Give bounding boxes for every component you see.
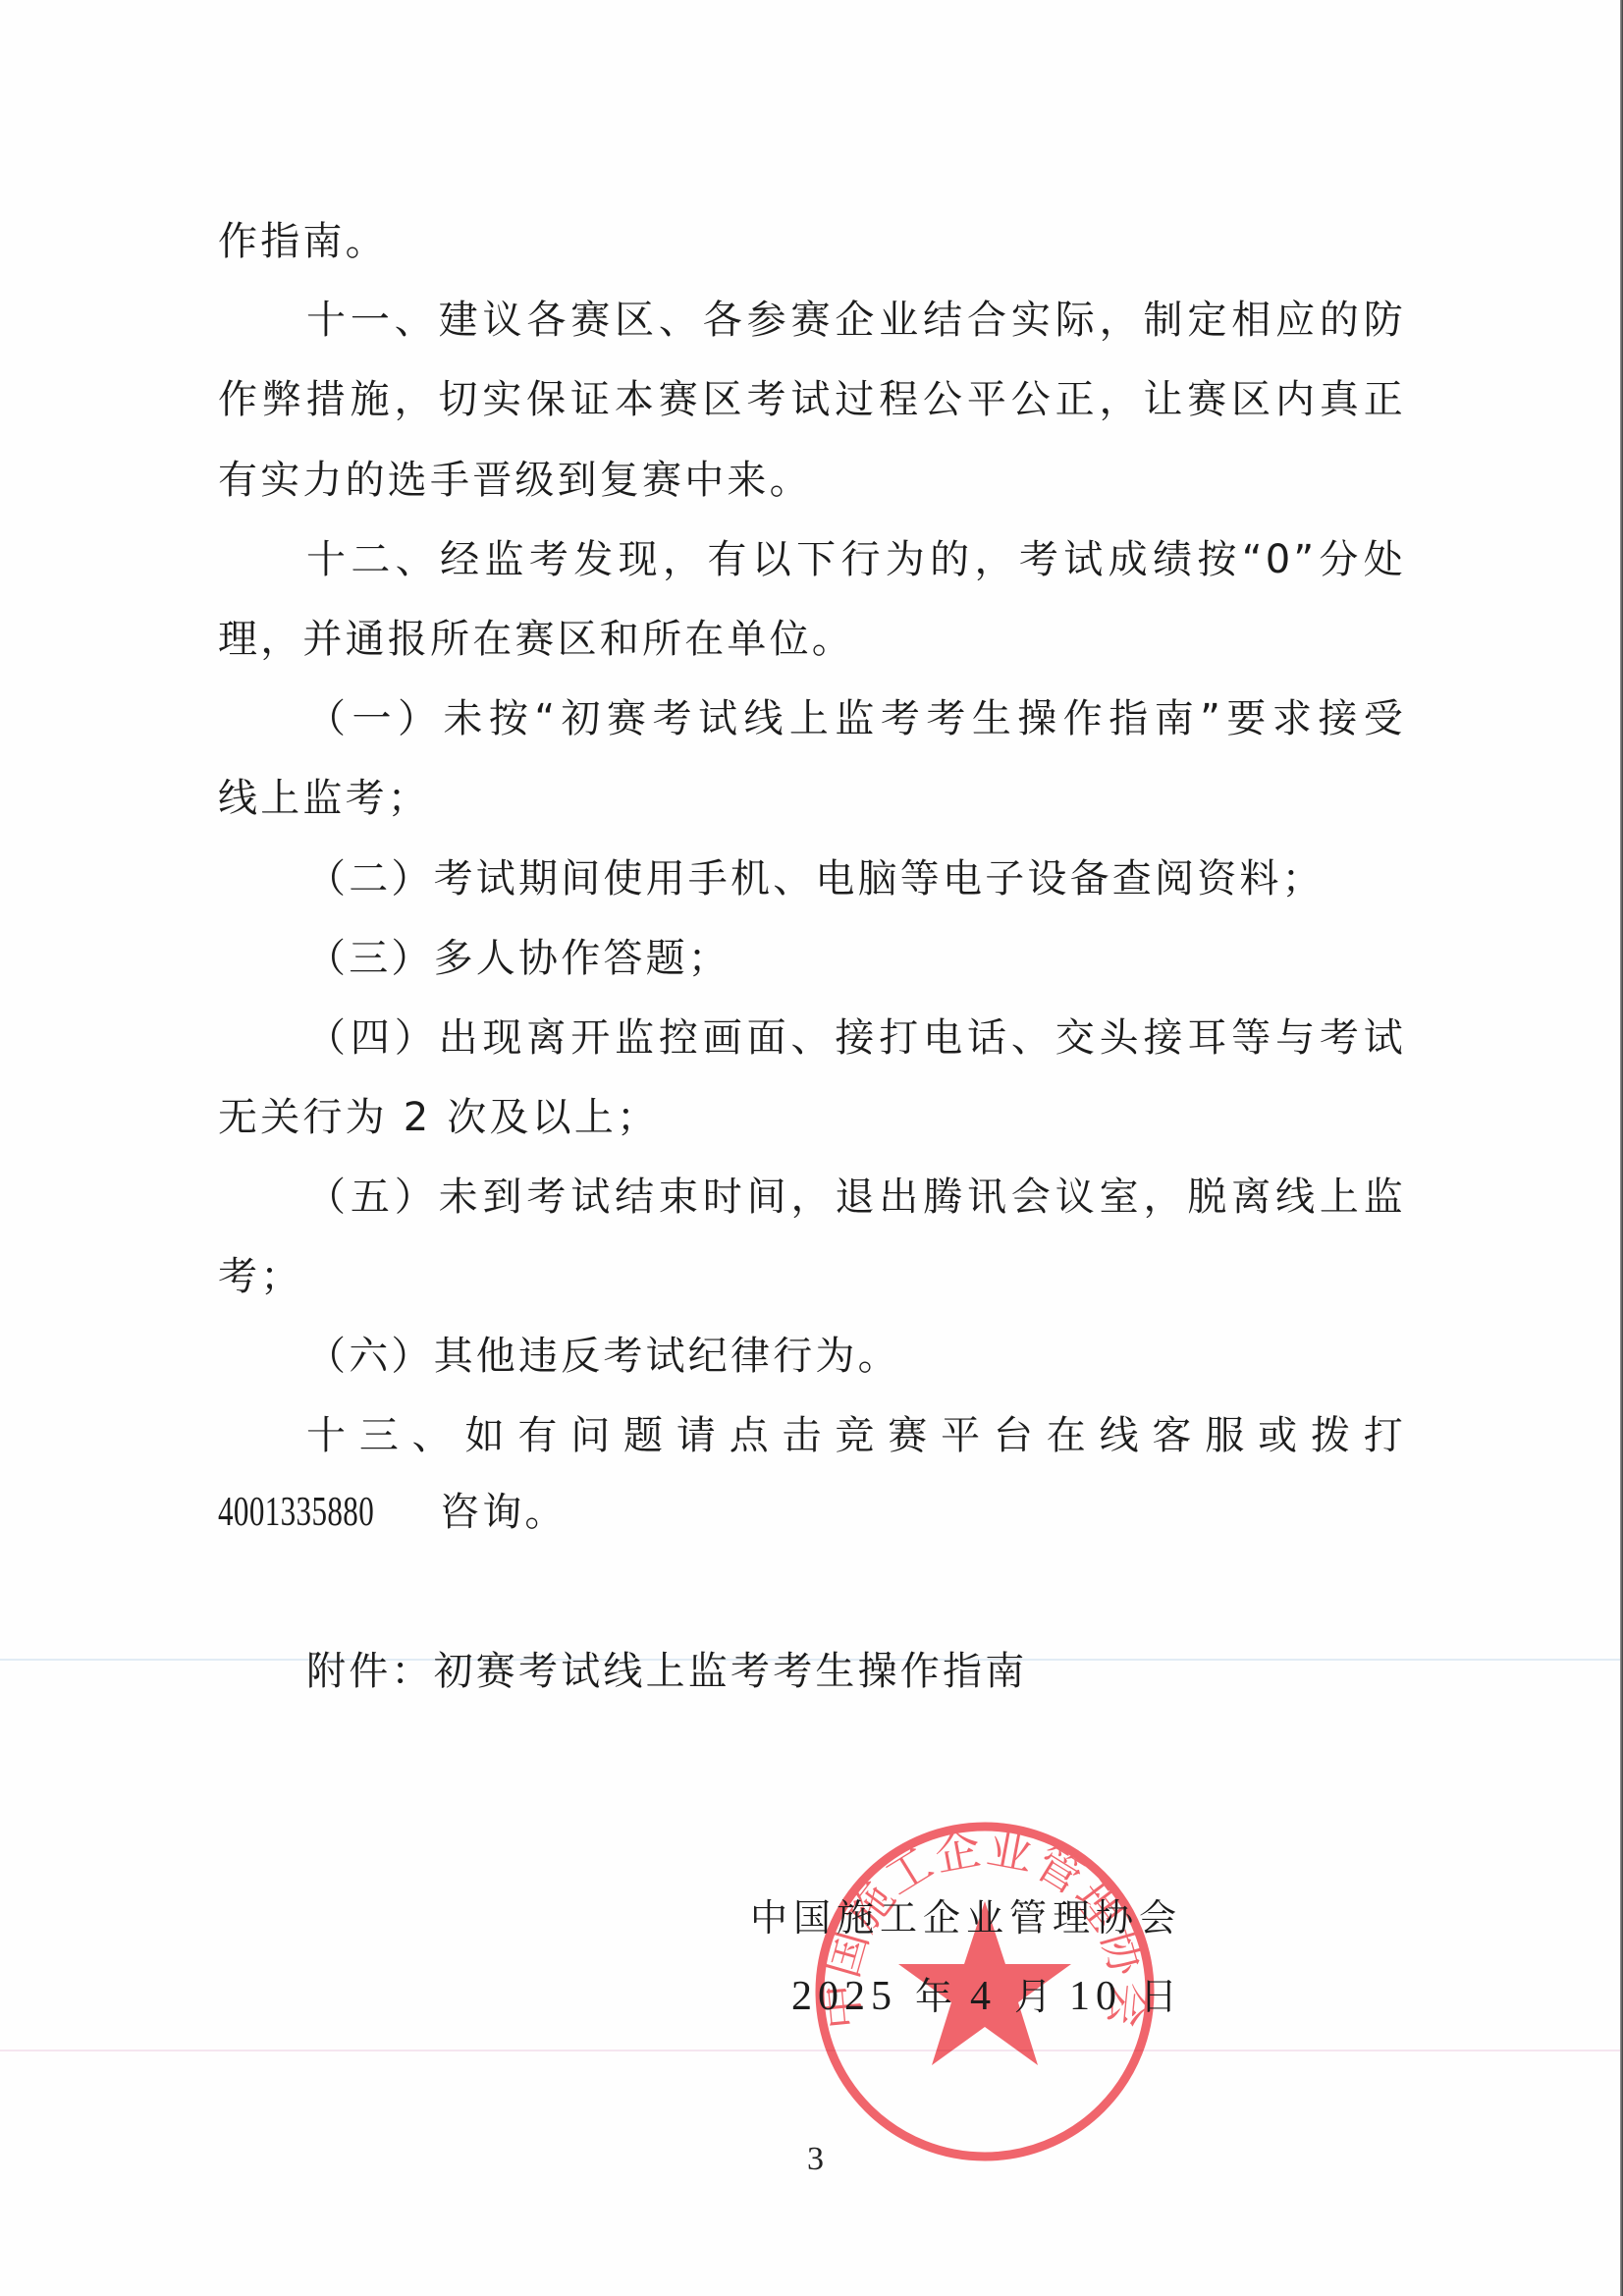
contact-suffix: 咨询。 [440, 1483, 568, 1542]
date-month-char: 月 [1014, 1975, 1052, 2018]
body-line: 作指南。 [218, 212, 388, 271]
scan-artifact-line [0, 2050, 1620, 2051]
document-page: 作指南。 十一、建议各赛区、各参赛企业结合实际，制定相应的防 作弊措施，切实保证… [0, 0, 1623, 2296]
date-year-char: 年 [915, 1975, 952, 2018]
date-day-char: 日 [1140, 1975, 1177, 2018]
body-line: 线上监考； [218, 769, 430, 828]
violation-item-2: （二）考试期间使用手机、电脑等电子设备查阅资料； [306, 849, 1325, 908]
body-line: 作弊措施，切实保证本赛区考试过程公平公正，让赛区内真正 [218, 370, 1406, 429]
phone-number: 4001335880 [218, 1483, 436, 1542]
contact-line: 4001335880 咨询。 [218, 1483, 568, 1542]
violation-item-3: （三）多人协作答题； [306, 929, 730, 988]
violation-item-6: （六）其他违反考试纪律行为。 [306, 1327, 900, 1386]
body-line: 考； [218, 1247, 302, 1306]
body-line-item-12: 十二、经监考发现，有以下行为的，考试成绩按“0”分处 [306, 530, 1406, 589]
date-day: 10 [1069, 1974, 1122, 2019]
violation-item-1: （一）未按“初赛考试线上监考考生操作指南”要求接受 [306, 689, 1406, 748]
attachment-label: 附件： [306, 1649, 434, 1694]
body-line-item-13: 十三、如有问题请点击竞赛平台在线客服或拨打 [306, 1406, 1406, 1465]
signing-date: 2025年4月10日 [791, 1969, 1195, 2024]
attachment-line: 附件：初赛考试线上监考考生操作指南 [306, 1642, 1027, 1701]
date-month: 4 [970, 1974, 997, 2019]
body-line: 理，并通报所在赛区和所在单位。 [218, 610, 854, 669]
signing-organization: 中国施工企业管理协会 [750, 1890, 1182, 1945]
date-year: 2025 [791, 1974, 897, 2019]
violation-item-4: （四）出现离开监控画面、接打电话、交头接耳等与考试 [306, 1009, 1406, 1067]
violation-item-5: （五）未到考试结束时间，退出腾讯会议室，脱离线上监 [306, 1168, 1406, 1227]
body-line-item-11: 十一、建议各赛区、各参赛企业结合实际，制定相应的防 [306, 291, 1406, 350]
body-line: 无关行为 2 次及以上； [218, 1088, 659, 1147]
body-line: 有实力的选手晋级到复赛中来。 [218, 451, 812, 510]
attachment-title: 初赛考试线上监考考生操作指南 [434, 1649, 1028, 1694]
